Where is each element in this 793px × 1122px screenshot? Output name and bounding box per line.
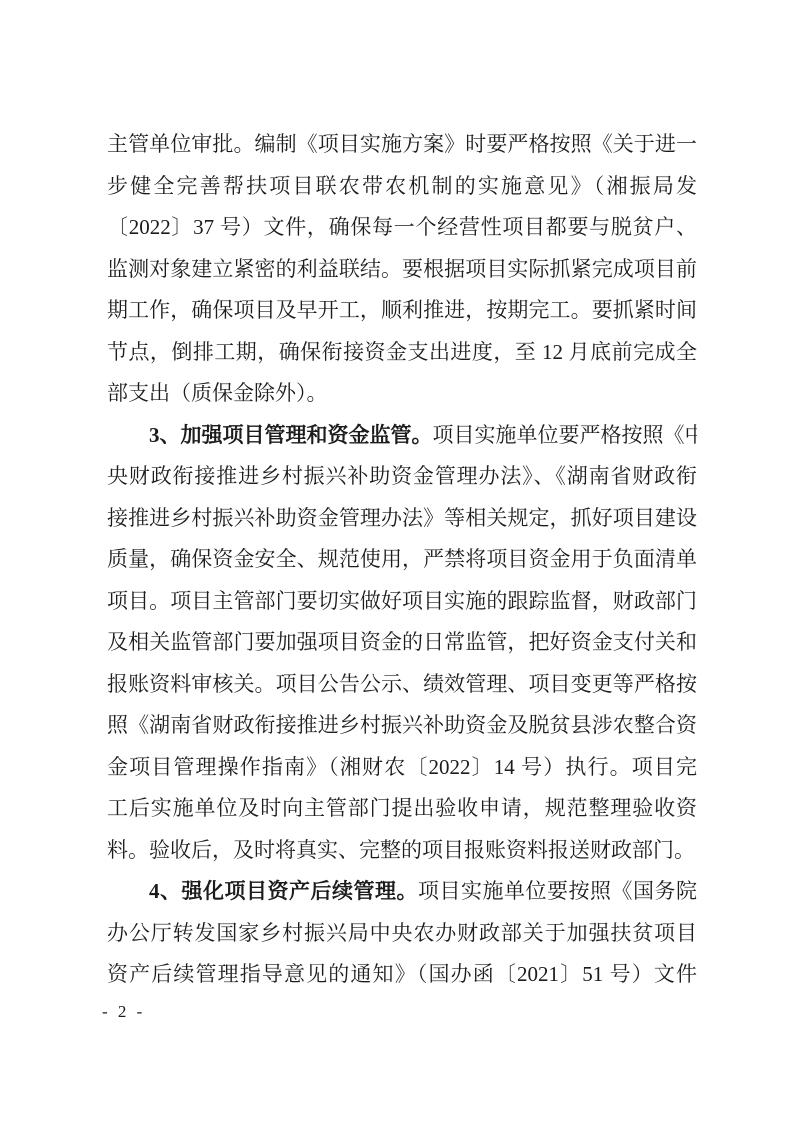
text-run: 质量，确保资金安全、规范使用，严禁将项目资金用于负面清单 [107,547,697,571]
page-number: - 2 - [102,1000,145,1024]
text-line: 项目。项目主管部门要切实做好项目实施的跟踪监督，财政部门 [107,581,697,623]
text-line: 金项目管理操作指南》（湘财农〔2022〕14 号）执行。项目完 [107,747,697,789]
text-run: 照《湖南省财政衔接推进乡村振兴补助资金及脱贫县涉农整合资 [107,713,697,737]
text-line: 部支出（质保金除外）。 [107,373,697,415]
text-line: 工后实施单位及时向主管部门提出验收申请，规范整理验收资 [107,788,697,830]
text-run: 资产后续管理指导意见的通知》（国办函〔2021〕51 号）文件 [107,962,697,986]
text-run: 接推进乡村振兴补助资金管理办法》等相关规定，抓好项目建设 [107,506,697,530]
text-run: 期工作，确保项目及早开工，顺利推进，按期完工。要抓紧时间 [107,298,697,322]
text-run: 〔2022〕37 号）文件，确保每一个经营性项目都要与脱贫户、 [107,215,697,239]
document-page: 主管单位审批。编制《项目实施方案》时要严格按照《关于进一步健全完善帮扶项目联农带… [0,0,793,1122]
text-run: 项目。项目主管部门要切实做好项目实施的跟踪监督，财政部门 [107,589,697,613]
paragraph-lead: 3、加强项目管理和资金监管。 [149,423,433,447]
text-line: 期工作，确保项目及早开工，顺利推进，按期完工。要抓紧时间 [107,290,697,332]
text-line: 〔2022〕37 号）文件，确保每一个经营性项目都要与脱贫户、 [107,207,697,249]
text-run: 监测对象建立紧密的利益联结。要根据项目实际抓紧完成项目前 [107,257,697,281]
document-body: 主管单位审批。编制《项目实施方案》时要严格按照《关于进一步健全完善帮扶项目联农带… [107,124,697,996]
text-line: 报账资料审核关。项目公告公示、绩效管理、项目变更等严格按 [107,664,697,706]
text-line: 照《湖南省财政衔接推进乡村振兴补助资金及脱贫县涉农整合资 [107,705,697,747]
text-run: 金项目管理操作指南》（湘财农〔2022〕14 号）执行。项目完 [107,755,697,779]
text-run: 项目实施单位要严格按照《中 [433,423,698,447]
text-run: 办公厅转发国家乡村振兴局中央农办财政部关于加强扶贫项目 [107,921,697,945]
text-line: 接推进乡村振兴补助资金管理办法》等相关规定，抓好项目建设 [107,498,697,540]
text-line: 及相关监管部门要加强项目资金的日常监管，把好资金支付关和 [107,622,697,664]
text-line: 央财政衔接推进乡村振兴补助资金管理办法》、《湖南省财政衔 [107,456,697,498]
text-run: 主管单位审批。编制《项目实施方案》时要严格按照《关于进一 [107,132,697,156]
text-line: 办公厅转发国家乡村振兴局中央农办财政部关于加强扶贫项目 [107,913,697,955]
text-run: 料。验收后，及时将真实、完整的项目报账资料报送财政部门。 [107,838,695,862]
text-run: 节点，倒排工期，确保衔接资金支出进度，至 12 月底前完成全 [107,340,697,364]
text-line: 主管单位审批。编制《项目实施方案》时要严格按照《关于进一 [107,124,697,166]
text-run: 报账资料审核关。项目公告公示、绩效管理、项目变更等严格按 [107,672,697,696]
text-run: 央财政衔接推进乡村振兴补助资金管理办法》、《湖南省财政衔 [107,464,697,488]
text-run: 工后实施单位及时向主管部门提出验收申请，规范整理验收资 [107,796,697,820]
text-line: 质量，确保资金安全、规范使用，严禁将项目资金用于负面清单 [107,539,697,581]
text-line: 监测对象建立紧密的利益联结。要根据项目实际抓紧完成项目前 [107,249,697,291]
text-run: 及相关监管部门要加强项目资金的日常监管，把好资金支付关和 [107,630,697,654]
text-line: 4、强化项目资产后续管理。项目实施单位要按照《国务院 [107,871,697,913]
paragraph-lead: 4、强化项目资产后续管理。 [149,879,418,903]
text-line: 料。验收后，及时将真实、完整的项目报账资料报送财政部门。 [107,830,697,872]
text-line: 资产后续管理指导意见的通知》（国办函〔2021〕51 号）文件 [107,954,697,996]
text-line: 3、加强项目管理和资金监管。项目实施单位要严格按照《中 [107,415,697,457]
text-run: 步健全完善帮扶项目联农带农机制的实施意见》（湘振局发 [107,174,697,198]
text-run: 项目实施单位要按照《国务院 [418,879,697,903]
text-line: 节点，倒排工期，确保衔接资金支出进度，至 12 月底前完成全 [107,332,697,374]
text-run: 部支出（质保金除外）。 [107,381,328,405]
text-line: 步健全完善帮扶项目联农带农机制的实施意见》（湘振局发 [107,166,697,208]
